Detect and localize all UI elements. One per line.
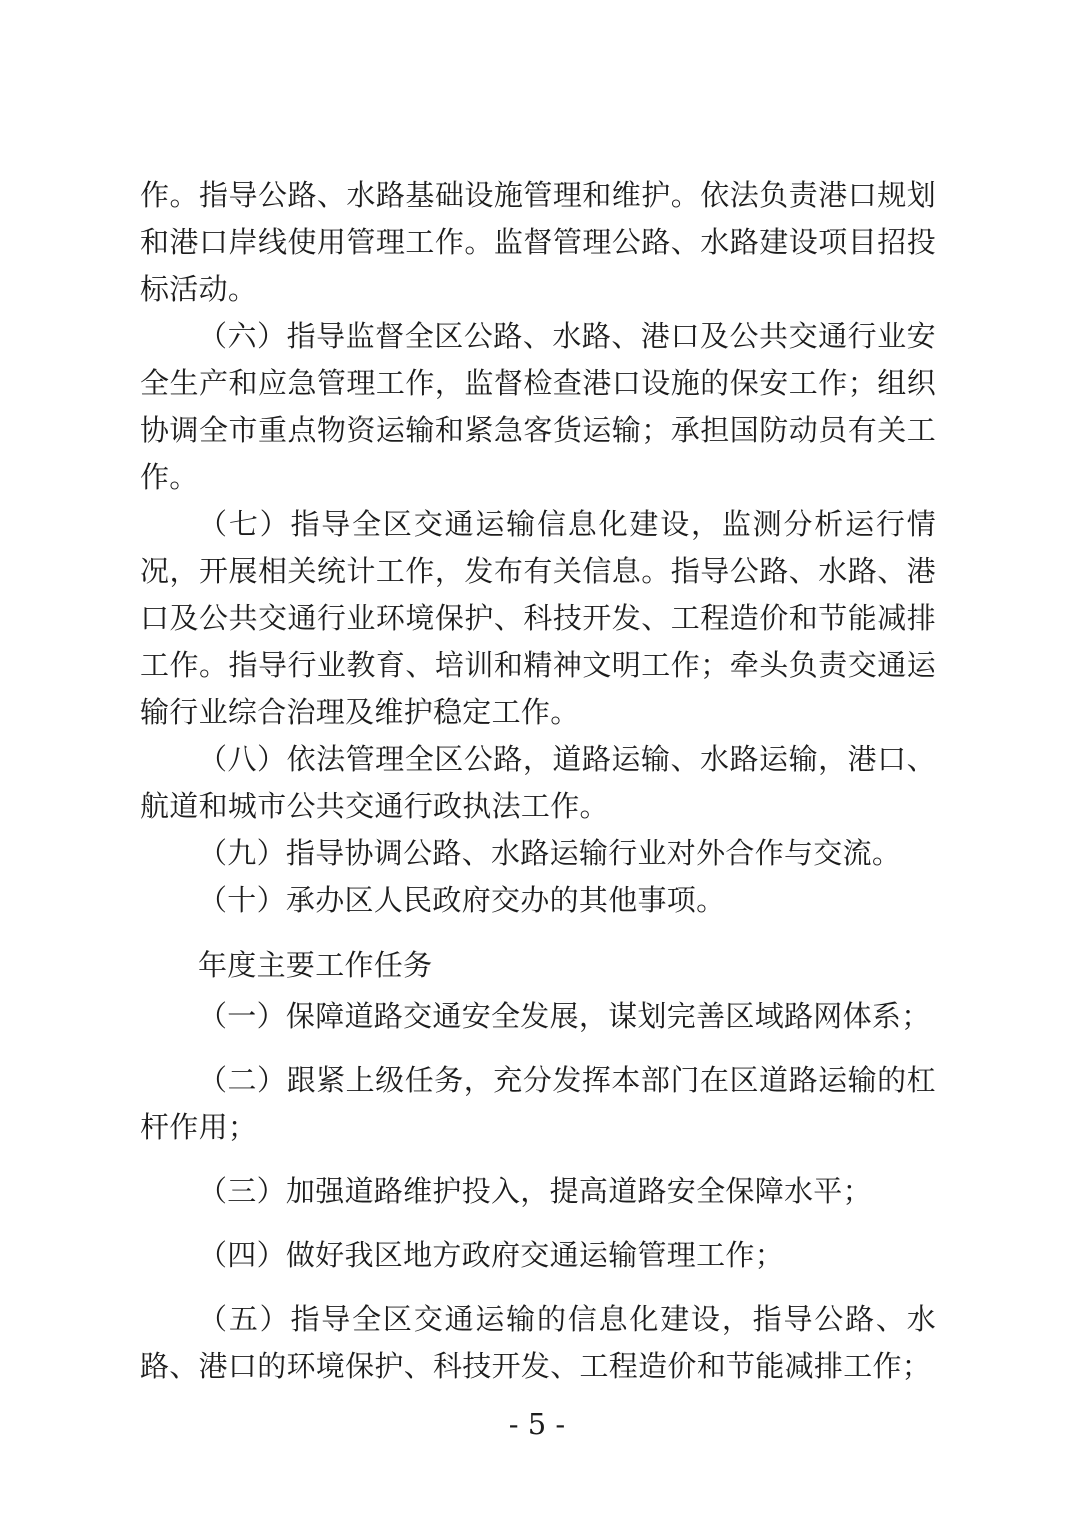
task-item-3: （三）加强道路维护投入，提高道路安全保障水平； <box>140 1168 936 1215</box>
task-item-5: （五）指导全区交通运输的信息化建设，指导公路、水路、港口的环境保护、科技开发、工… <box>140 1296 936 1390</box>
paragraph-item-9: （九）指导协调公路、水路运输行业对外合作与交流。 <box>140 830 936 877</box>
task-item-2: （二）跟紧上级任务，充分发挥本部门在区道路运输的杠杆作用； <box>140 1057 936 1151</box>
paragraph-item-7: （七）指导全区交通运输信息化建设，监测分析运行情况，开展相关统计工作，发布有关信… <box>140 501 936 736</box>
paragraph-continuation: 作。指导公路、水路基础设施管理和维护。依法负责港口规划和港口岸线使用管理工作。监… <box>140 172 936 313</box>
paragraph-item-8: （八）依法管理全区公路，道路运输、水路运输，港口、航道和城市公共交通行政执法工作… <box>140 736 936 830</box>
tasks-section-heading: 年度主要工作任务 <box>140 942 936 989</box>
task-item-1: （一）保障道路交通安全发展，谋划完善区域路网体系； <box>140 993 936 1040</box>
task-item-4: （四）做好我区地方政府交通运输管理工作； <box>140 1232 936 1279</box>
paragraph-item-6: （六）指导监督全区公路、水路、港口及公共交通行业安全生产和应急管理工作，监督检查… <box>140 313 936 501</box>
document-page: 作。指导公路、水路基础设施管理和维护。依法负责港口规划和港口岸线使用管理工作。监… <box>0 0 1074 1520</box>
page-footer: - 5 - <box>0 1404 1074 1444</box>
document-content: 作。指导公路、水路基础设施管理和维护。依法负责港口规划和港口岸线使用管理工作。监… <box>140 172 936 1390</box>
paragraph-item-10: （十）承办区人民政府交办的其他事项。 <box>140 877 936 924</box>
page-number: - 5 - <box>509 1407 566 1441</box>
